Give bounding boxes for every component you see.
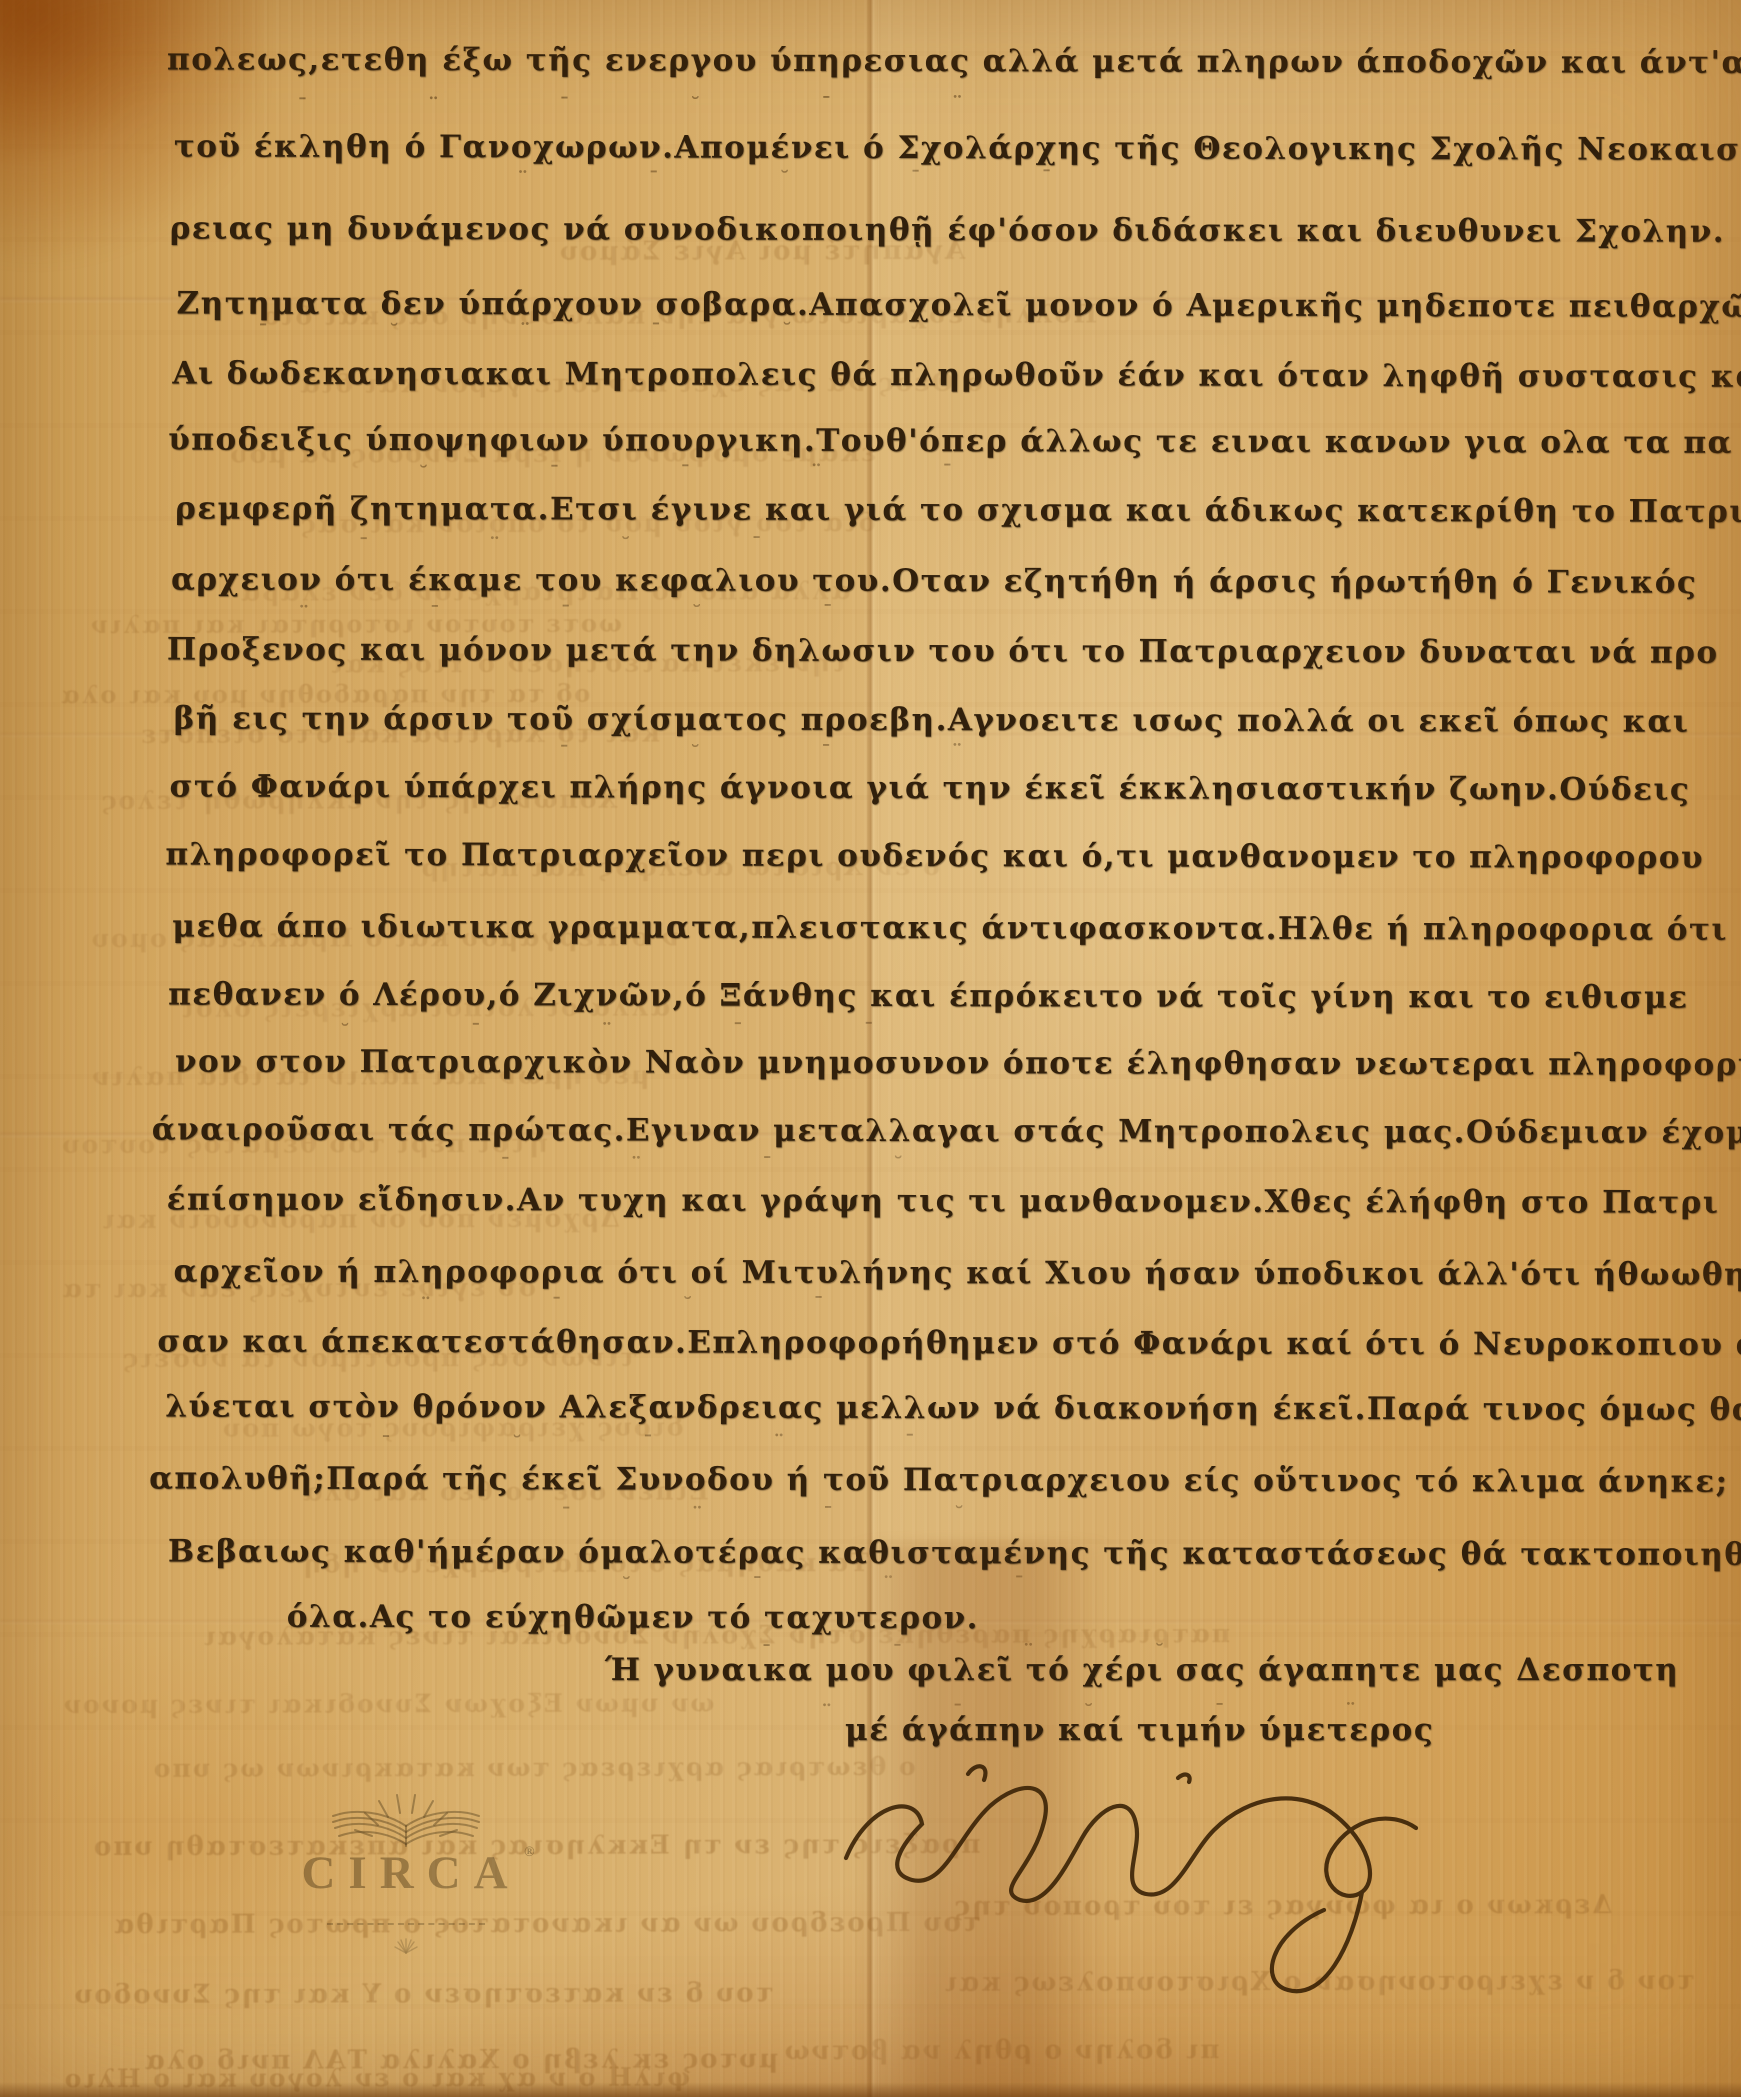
typed-line: ρεμφερῆ ζητηματα.Ετσι έγινε και γιά το σ…: [175, 491, 1741, 530]
typed-line: Ζητηματα δεν ύπάρχουν σοβαρα.Απασχολεῖ μ…: [177, 286, 1741, 325]
watermark-burst-icon: [393, 1935, 419, 1955]
circa-wordmark: CIRCA®: [291, 1850, 520, 1897]
circa-watermark: CIRCA®: [286, 1790, 526, 1955]
typed-line: ρειας μη δυνάμενος νά συνοδικοποιηθῇ έφ'…: [170, 211, 1725, 250]
typed-line: Βεβαιως καθ'ήμέραν όμαλοτέρας καθισταμέν…: [168, 1534, 1741, 1573]
typed-line: αρχεῖον ή πληροφορια ότι οί Μιτυλήνης κα…: [173, 1254, 1741, 1293]
typed-line: πολεως,ετεθη έξω τῆς ενεργου ύπηρεσιας α…: [167, 42, 1741, 81]
typed-line: Προξενος και μόνον μετά την δηλωσιν του …: [167, 632, 1719, 671]
typed-line: σαν και άπεκατεστάθησαν.Επληροφορήθημεν …: [157, 1324, 1741, 1363]
typed-line: έπίσημον εἴδησιν.Αν τυχη και γράψη τις τ…: [167, 1182, 1720, 1221]
bottom-edge-shadow: [0, 2082, 1741, 2097]
typed-line: πληροφορεῖ το Πατριαρχεῖον περι ουδενός …: [165, 837, 1704, 876]
letter-page: Αγαπητέ μοι Αγιε ΣάμουΠολλην ευχαριστω γ…: [0, 0, 1741, 2097]
typed-line: αρχειον ότι έκαμε του κεφαλιου του.Οταν …: [171, 562, 1697, 601]
typed-line: τοῦ έκληθη ό Γανοχωρων.Απομένει ό Σχολάρ…: [174, 129, 1741, 168]
typed-line: ύποδειξις ύποψηφιων ύπουργικη.Τουθ'όπερ …: [168, 422, 1733, 461]
signature-flourish-icon: [818, 1738, 1438, 2010]
closing-sentiment-line: Ή γυναικα μου φιλεῖ τό χέρι σας άγαπητε …: [605, 1652, 1679, 1688]
typed-line: άναιροῦσαι τάς πρώτας.Εγιναν μεταλλαγαι …: [152, 1111, 1741, 1150]
typed-line: βῆ εις την άρσιν τοῦ σχίσματος προεβη.Αγ…: [174, 701, 1690, 740]
typed-line: Αι δωδεκανησιακαι Μητροπολεις θά πληρωθο…: [172, 356, 1741, 395]
typed-line: λύεται στὸν θρόνον Αλεξανδρειας μελλων ν…: [165, 1389, 1741, 1428]
watermark-dashed-rule: [327, 1923, 485, 1925]
typed-line: απολυθῆ;Παρά τῆς έκεῖ Συνοδου ή τοῦ Πατρ…: [149, 1460, 1729, 1499]
typed-line: μεθα άπο ιδιωτικα γραμματα,πλειστακις άν…: [172, 909, 1741, 948]
typed-line: όλα.Ας το εύχηθῶμεν τό ταχυτερον.: [287, 1599, 979, 1636]
registered-mark: ®: [524, 1846, 534, 1860]
typed-line: πεθανεν ό Λέρου,ό Ζιχνῶν,ό Ξάνθης και έπ…: [168, 977, 1689, 1016]
typed-line: νον στον Πατριαρχικὸν Ναὸν μνημοσυνον όπ…: [175, 1044, 1741, 1083]
typed-line: στό Φανάρι ύπάρχει πλήρης άγνοια γιά την…: [170, 769, 1691, 808]
open-book-icon: [289, 1790, 523, 1848]
signature-handwritten: [818, 1738, 1438, 2010]
